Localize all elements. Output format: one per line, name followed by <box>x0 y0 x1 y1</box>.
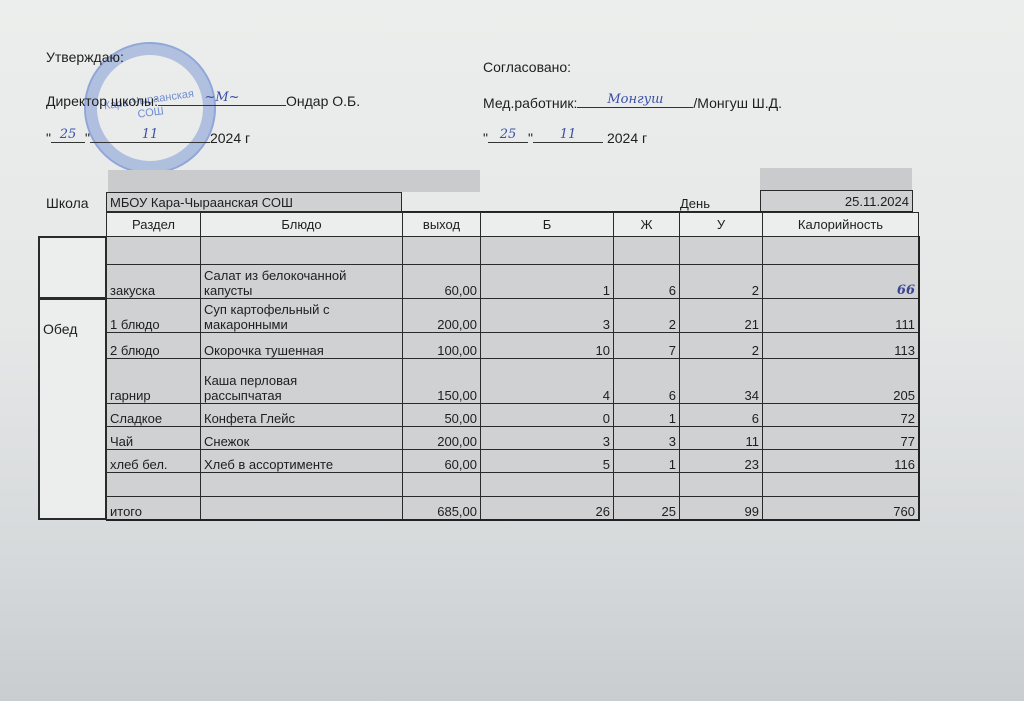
dish-name-line: Салат из белокочанной <box>204 268 346 283</box>
agreement-title: Согласовано: <box>483 59 571 75</box>
table-cell-kcal: 113 <box>762 332 919 359</box>
table-cell-u: 2 <box>679 264 763 299</box>
director-name: Ондар О.Б. <box>286 93 360 109</box>
column-header: У <box>679 212 763 237</box>
date-value: 25.11.2024 <box>845 194 909 209</box>
agreement-day: 25 <box>500 127 517 142</box>
column-header: Ж <box>613 212 680 237</box>
table-cell-kcal <box>762 236 919 265</box>
table-cell-u: 11 <box>679 426 763 450</box>
table-cell-kcal: 116 <box>762 449 919 473</box>
table-cell-b <box>480 472 614 497</box>
table-cell-output: 685,00 <box>402 496 481 520</box>
table-cell-dish <box>200 472 403 497</box>
cell-value: 200,00 <box>437 434 477 449</box>
approval-year: 2024 г <box>210 130 250 146</box>
table-cell-dish: Конфета Глейс <box>200 403 403 427</box>
cell-value: 150,00 <box>437 388 477 403</box>
table-cell-kcal <box>762 472 919 497</box>
table-cell-section: 1 блюдо <box>106 298 201 333</box>
table-cell-output: 200,00 <box>402 298 481 333</box>
table-cell-section: Сладкое <box>106 403 201 427</box>
table-cell-zh: 1 <box>613 403 680 427</box>
dish-name-line: Снежок <box>204 434 249 449</box>
column-header-label: Ж <box>640 217 652 232</box>
table-cell-dish: Каша перловаярассыпчатая <box>200 358 403 404</box>
table-cell-u: 6 <box>679 403 763 427</box>
dish-name-line: Суп картофельный с <box>204 302 329 317</box>
table-cell-dish: Салат из белокочаннойкапусты <box>200 264 403 299</box>
cell-value: итого <box>110 504 142 519</box>
agreement-date-line: "25"112024 г <box>483 128 647 146</box>
cell-value: 4 <box>603 388 610 403</box>
cell-value: 11 <box>746 434 760 449</box>
column-header-label: Блюдо <box>281 217 321 232</box>
dish-name-line: макаронными <box>204 317 288 332</box>
handwritten-calories: 66 <box>897 283 915 298</box>
cell-value: 111 <box>895 317 915 332</box>
column-header: выход <box>402 212 481 237</box>
cell-value: 77 <box>901 434 915 449</box>
table-cell-section: 2 блюдо <box>106 332 201 359</box>
med-name: /Монгуш Ш.Д. <box>693 95 782 111</box>
cell-value: 200,00 <box>437 317 477 332</box>
table-cell-section: итого <box>106 496 201 520</box>
table-cell-dish <box>200 236 403 265</box>
table-cell-u: 2 <box>679 332 763 359</box>
table-cell-zh: 25 <box>613 496 680 520</box>
school-name-cell: МБОУ Кара-Чыраанская СОШ <box>106 192 402 212</box>
cell-value: 6 <box>669 283 676 298</box>
table-cell-b: 5 <box>480 449 614 473</box>
table-cell-kcal: 760 <box>762 496 919 520</box>
cell-value: 3 <box>603 317 610 332</box>
cell-value: Чай <box>110 434 133 449</box>
print-band <box>760 168 912 190</box>
director-signature-field: ~M~ <box>158 91 286 106</box>
column-header: Блюдо <box>200 212 403 237</box>
column-header: Раздел <box>106 212 201 237</box>
cell-value: 23 <box>745 457 759 472</box>
table-cell-output: 150,00 <box>402 358 481 404</box>
cell-value: 21 <box>745 317 759 332</box>
table-cell-kcal: 111 <box>762 298 919 333</box>
school-label: Школа <box>46 195 89 211</box>
cell-value: 116 <box>894 457 915 472</box>
table-cell-section: закуска <box>106 264 201 299</box>
med-signature: Монгуш <box>607 92 663 107</box>
cell-value: 5 <box>603 457 610 472</box>
table-cell-zh: 1 <box>613 449 680 473</box>
cell-value: 113 <box>894 343 915 358</box>
table-cell-output: 200,00 <box>402 426 481 450</box>
dish-name-line: Окорочка тушенная <box>204 343 324 358</box>
table-cell-output: 60,00 <box>402 264 481 299</box>
cell-value: закуска <box>110 283 155 298</box>
column-header-label: Калорийность <box>798 217 883 232</box>
table-cell-kcal: 205 <box>762 358 919 404</box>
cell-value: 2 блюдо <box>110 343 160 358</box>
cell-value: 25 <box>662 504 676 519</box>
table-cell-output: 50,00 <box>402 403 481 427</box>
table-cell-u: 23 <box>679 449 763 473</box>
table-cell-b: 0 <box>480 403 614 427</box>
table-cell-dish: Снежок <box>200 426 403 450</box>
table-cell-dish: Окорочка тушенная <box>200 332 403 359</box>
table-cell-section <box>106 236 201 265</box>
column-header-label: выход <box>423 217 460 232</box>
cell-value: 2 <box>752 343 759 358</box>
cell-value: 60,00 <box>444 283 477 298</box>
table-cell-u <box>679 236 763 265</box>
column-header: Калорийность <box>762 212 919 237</box>
agreement-med-line: Мед.работник:Монгуш/Монгуш Ш.Д. <box>483 93 782 111</box>
cell-value: 72 <box>901 411 915 426</box>
table-cell-b: 3 <box>480 426 614 450</box>
meal-group-empty <box>38 236 107 299</box>
cell-value: 6 <box>669 388 676 403</box>
print-band <box>108 170 480 192</box>
cell-value: 1 <box>669 457 676 472</box>
meal-label: Обед <box>43 322 77 337</box>
table-cell-zh: 2 <box>613 298 680 333</box>
cell-value: 685,00 <box>437 504 477 519</box>
cell-value: 34 <box>745 388 759 403</box>
cell-value: 3 <box>603 434 610 449</box>
cell-value: 60,00 <box>444 457 477 472</box>
table-cell-output: 60,00 <box>402 449 481 473</box>
column-header: Б <box>480 212 614 237</box>
table-cell-kcal: 72 <box>762 403 919 427</box>
table-cell-u <box>679 472 763 497</box>
cell-value: 50,00 <box>444 411 477 426</box>
approval-date-line: "25"112024 г <box>46 128 250 146</box>
table-cell-section: хлеб бел. <box>106 449 201 473</box>
cell-value: 2 <box>752 283 759 298</box>
cell-value: Сладкое <box>110 411 162 426</box>
table-cell-b: 3 <box>480 298 614 333</box>
date-cell: 25.11.2024 <box>760 190 913 212</box>
cell-value: 99 <box>745 504 759 519</box>
dish-name-line: Хлеб в ассортименте <box>204 457 333 472</box>
approval-day: 25 <box>60 127 77 142</box>
meal-group-lunch: Обед <box>38 298 107 520</box>
table-cell-kcal: 77 <box>762 426 919 450</box>
table-cell-dish <box>200 496 403 520</box>
cell-value: 2 <box>669 317 676 332</box>
column-header-label: Раздел <box>132 217 175 232</box>
table-cell-b <box>480 236 614 265</box>
dish-name-line: капусты <box>204 283 252 298</box>
cell-value: хлеб бел. <box>110 457 168 472</box>
table-cell-output <box>402 236 481 265</box>
school-name: МБОУ Кара-Чыраанская СОШ <box>110 195 293 210</box>
table-cell-zh: 7 <box>613 332 680 359</box>
cell-value: 6 <box>752 411 759 426</box>
cell-value: 26 <box>596 504 610 519</box>
table-cell-b: 4 <box>480 358 614 404</box>
agreement-month: 11 <box>560 127 577 142</box>
table-cell-kcal: 66 <box>762 264 919 299</box>
table-cell-b: 10 <box>480 332 614 359</box>
table-cell-section: гарнир <box>106 358 201 404</box>
cell-value: 7 <box>669 343 676 358</box>
column-header-label: Б <box>543 217 552 232</box>
approval-director-line: Директор школы:~M~Ондар О.Б. <box>46 91 360 109</box>
director-label: Директор школы: <box>46 93 158 109</box>
table-cell-zh: 6 <box>613 358 680 404</box>
table-cell-section <box>106 472 201 497</box>
approval-month: 11 <box>142 127 159 142</box>
table-cell-u: 21 <box>679 298 763 333</box>
table-cell-zh: 3 <box>613 426 680 450</box>
table-cell-output: 100,00 <box>402 332 481 359</box>
cell-value: 10 <box>596 343 610 358</box>
dish-name-line: рассыпчатая <box>204 388 282 403</box>
table-cell-u: 99 <box>679 496 763 520</box>
cell-value: 760 <box>893 504 915 519</box>
agreement-year: 2024 г <box>607 130 647 146</box>
approval-title: Утверждаю: <box>46 49 124 65</box>
table-cell-b: 26 <box>480 496 614 520</box>
table-cell-section: Чай <box>106 426 201 450</box>
dish-name-line: Каша перловая <box>204 373 297 388</box>
column-header-label: У <box>717 217 725 232</box>
cell-value: 1 <box>669 411 676 426</box>
cell-value: 1 <box>603 283 610 298</box>
table-cell-output <box>402 472 481 497</box>
dish-name-line: Конфета Глейс <box>204 411 295 426</box>
cell-value: 1 блюдо <box>110 317 160 332</box>
table-cell-zh: 6 <box>613 264 680 299</box>
med-label: Мед.работник: <box>483 95 577 111</box>
table-cell-dish: Хлеб в ассортименте <box>200 449 403 473</box>
table-cell-zh <box>613 472 680 497</box>
table-cell-zh <box>613 236 680 265</box>
day-label: День <box>680 196 710 211</box>
table-cell-u: 34 <box>679 358 763 404</box>
cell-value: 100,00 <box>437 343 477 358</box>
cell-value: 205 <box>893 388 915 403</box>
table-cell-b: 1 <box>480 264 614 299</box>
cell-value: гарнир <box>110 388 151 403</box>
cell-value: 0 <box>603 411 610 426</box>
director-signature: ~M~ <box>204 90 239 105</box>
cell-value: 3 <box>669 434 676 449</box>
table-cell-dish: Суп картофельный смакаронными <box>200 298 403 333</box>
